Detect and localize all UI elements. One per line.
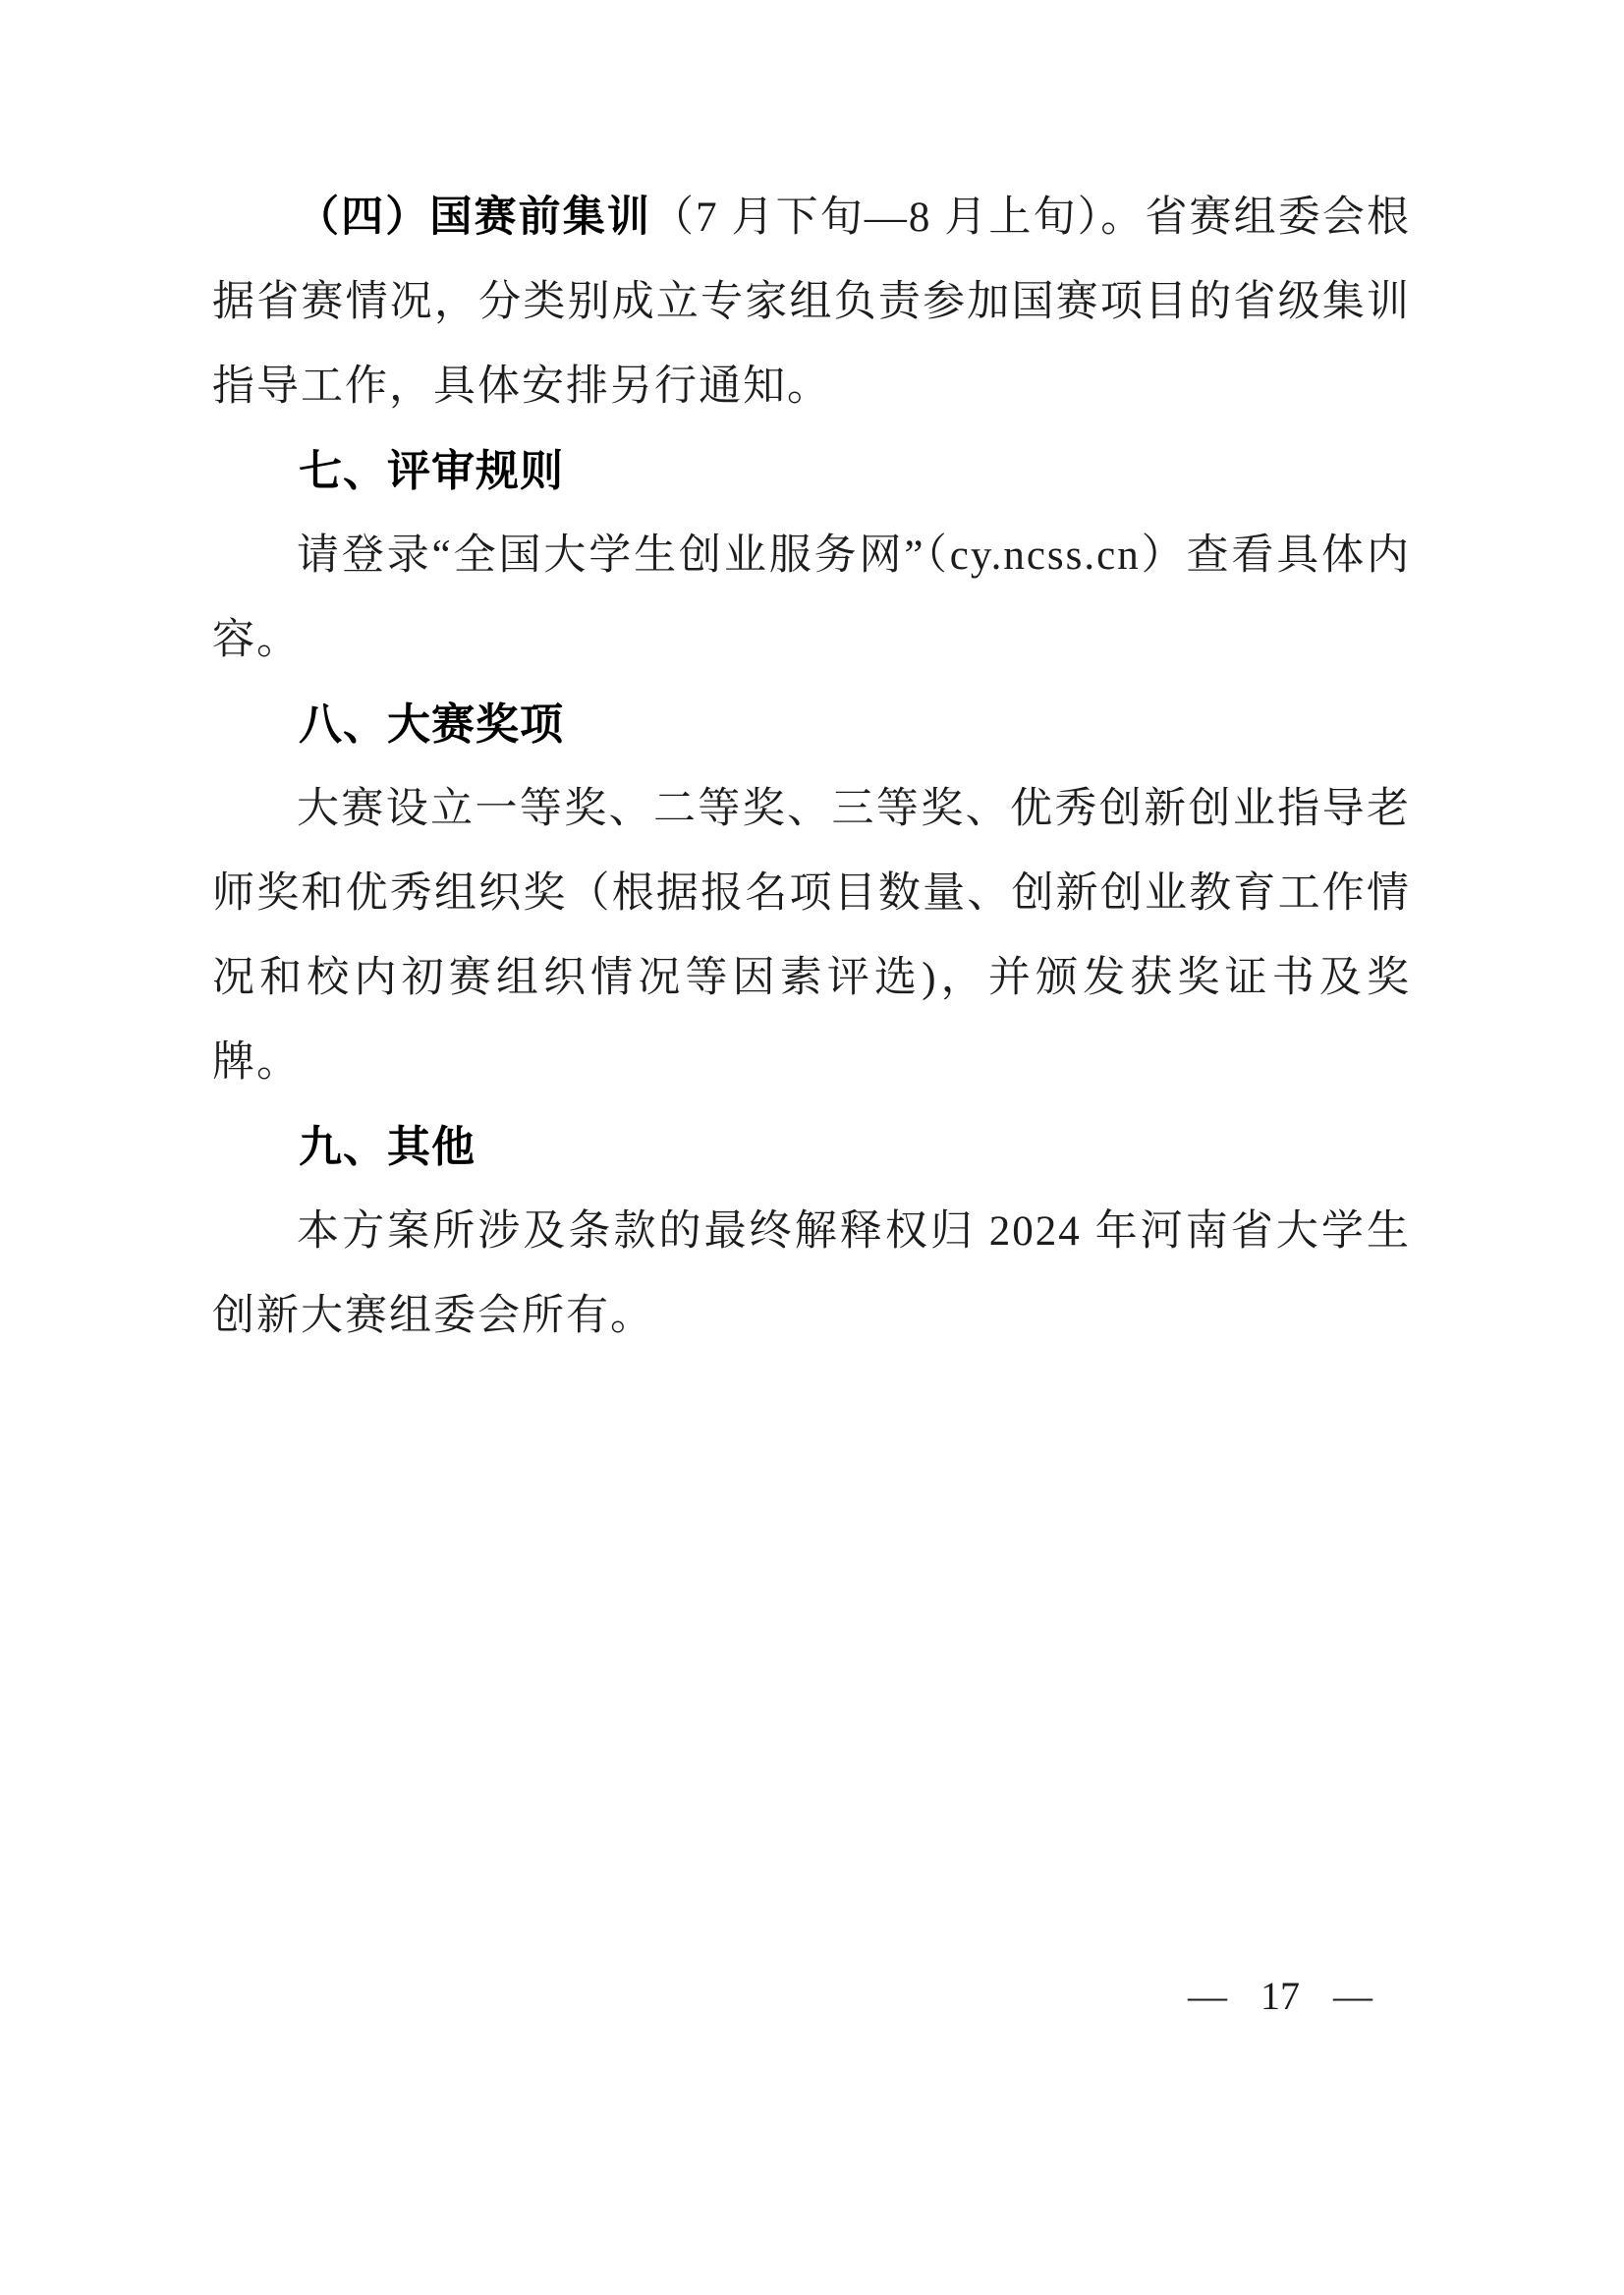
paragraph-guosai-bold-lead: （四）国赛前集训 <box>297 194 651 241</box>
page-number: — 17 — <box>1188 1967 1372 2026</box>
heading-section-9-other: 九、其他 <box>212 1105 1411 1190</box>
paragraph-review-rules: 请登录“全国大学生创业服务网”（cy.ncss.cn）查看具体内容。 <box>212 514 1411 683</box>
heading-section-8-awards: 八、大赛奖项 <box>212 683 1411 767</box>
paragraph-final-interpretation: 本方案所涉及条款的最终解释权归 2024 年河南省大学生创新大赛组委会所有。 <box>212 1190 1411 1359</box>
paragraph-guosai-training: （四）国赛前集训（7 月下旬—8 月上旬）。省赛组委会根据省赛情况，分类别成立专… <box>212 175 1411 429</box>
heading-section-7-review-rules: 七、评审规则 <box>212 429 1411 514</box>
paragraph-awards: 大赛设立一等奖、二等奖、三等奖、优秀创新创业指导老师奖和优秀组织奖（根据报名项目… <box>212 767 1411 1105</box>
document-page: （四）国赛前集训（7 月下旬—8 月上旬）。省赛组委会根据省赛情况，分类别成立专… <box>0 0 1624 2295</box>
document-body: （四）国赛前集训（7 月下旬—8 月上旬）。省赛组委会根据省赛情况，分类别成立专… <box>212 175 1411 1359</box>
